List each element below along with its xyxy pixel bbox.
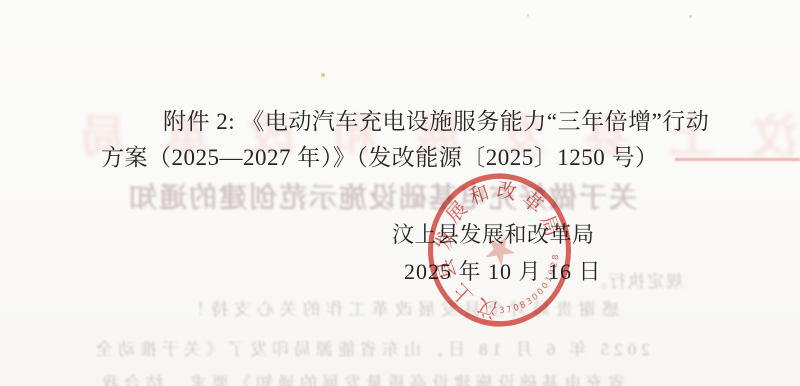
seal-star-icon bbox=[478, 227, 519, 271]
bleedthrough-row: 2025 年 6 月 18 日，山东省能源局印发了《关于推动全 bbox=[91, 335, 650, 360]
scan-speck bbox=[527, 14, 529, 17]
scan-speck bbox=[321, 73, 325, 77]
scan-speck bbox=[689, 15, 692, 18]
bleedthrough-red-rule bbox=[675, 158, 800, 161]
bleedthrough-row: 省充电基础设施建设高质量发展的通知》要求，结合我 bbox=[97, 369, 625, 386]
bleedthrough-row: 规定执行。 bbox=[588, 267, 683, 292]
official-seal: 汶上县发展和改革局 370830001928 bbox=[422, 167, 577, 333]
attachment-note-line1: 附件 2: 《电动汽车充电设施服务能力“三年倍增”行动 bbox=[163, 103, 709, 136]
